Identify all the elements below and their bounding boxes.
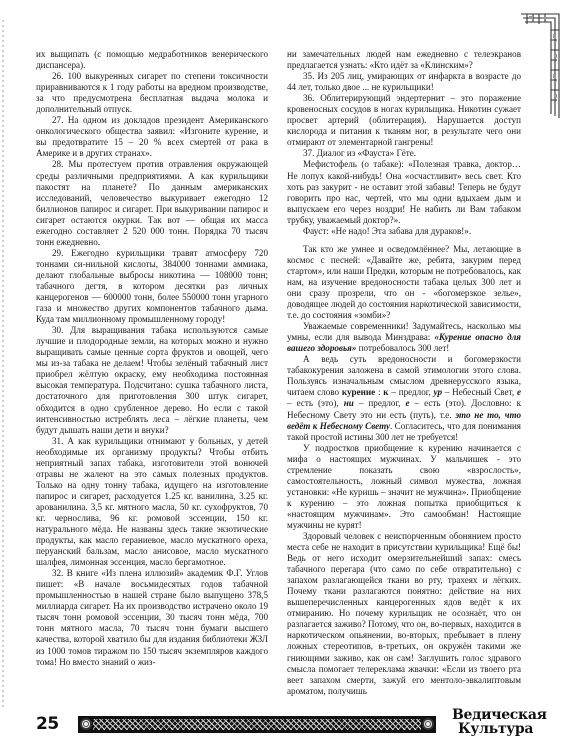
paragraph-who-is-smarter: Так кто же умнее и осведомлённее? Мы, ле… [287, 244, 521, 321]
paragraph-36: 36. Облитерирующий эндертернит – это пор… [287, 93, 521, 148]
word-kurenie: курение [342, 387, 375, 397]
paragraph-28: 28. Мы протестуем против отравления окру… [36, 159, 268, 247]
paragraph-healthy-person: Здоровый человек с неиспорченным обоняни… [287, 531, 521, 697]
text-span: – есть (это), [287, 398, 344, 408]
logo-line-1: Ведическая [450, 708, 550, 722]
morpheme-ni: ни [344, 398, 354, 408]
logo-line-2: Культура [450, 722, 550, 736]
page-scan-edge [2, 20, 4, 710]
magazine-logo: Ведическая Культура [450, 708, 550, 742]
rosette-icon [80, 718, 92, 730]
rosette-icon [422, 718, 434, 730]
page-number: 25 [36, 714, 59, 734]
paragraph-35: 35. Из 205 лиц, умирающих от инфаркта в … [287, 71, 521, 93]
paragraph-31: 31. А как курильщики отнимают у больных,… [36, 436, 268, 569]
text-span: – Небесный Свет, [442, 387, 517, 397]
corner-ornament-icon [521, 10, 561, 120]
paragraph-30: 30. Для выращивания табака используются … [36, 325, 268, 435]
footer-ornament-band [78, 716, 436, 733]
paragraph-faust: Фауст: «Не надо! Эта забава для дураков!… [287, 226, 521, 237]
woven-pattern [93, 719, 421, 730]
morpheme-e: е [517, 387, 521, 397]
paragraph-32: 32. В книге «Из плена иллюзий» академик … [36, 568, 268, 667]
paragraph-29: 29. Ежегодно курильщики травят атмосферу… [36, 248, 268, 325]
paragraph-respected-contemporaries: Уважаемые современники! Задумайтесь, нас… [287, 321, 521, 354]
text-span: – предлог, [389, 387, 434, 397]
paragraph-teenagers: У подростков приобщение к курению начина… [287, 443, 521, 531]
text-span: потребовалось 300 лет! [356, 343, 449, 353]
paragraph-26: 26. 100 выкуренных сигарет по степени то… [36, 71, 268, 115]
paragraph-mephistopheles: Мефистофель (о табаке): «Полезная травка… [287, 159, 521, 225]
paragraph-continued: ни замечательных людей нам ежедневно с т… [287, 49, 521, 71]
paragraph-0: их выщипать (с помощью медработников вен… [36, 49, 268, 71]
left-column: их выщипать (с помощью медработников вен… [36, 49, 268, 668]
paragraph-37: 37. Диалог из «Фауста» Гёте. [287, 148, 521, 159]
paragraph-27: 27. На одном из докладов президент Амери… [36, 115, 268, 159]
morpheme-ur: ур [434, 387, 442, 397]
paragraph-etymology: А ведь суть вредоносности и богомерзкост… [287, 354, 521, 442]
text-span: – предлог, [354, 398, 406, 408]
right-column: ни замечательных людей нам ежедневно с т… [287, 49, 521, 697]
